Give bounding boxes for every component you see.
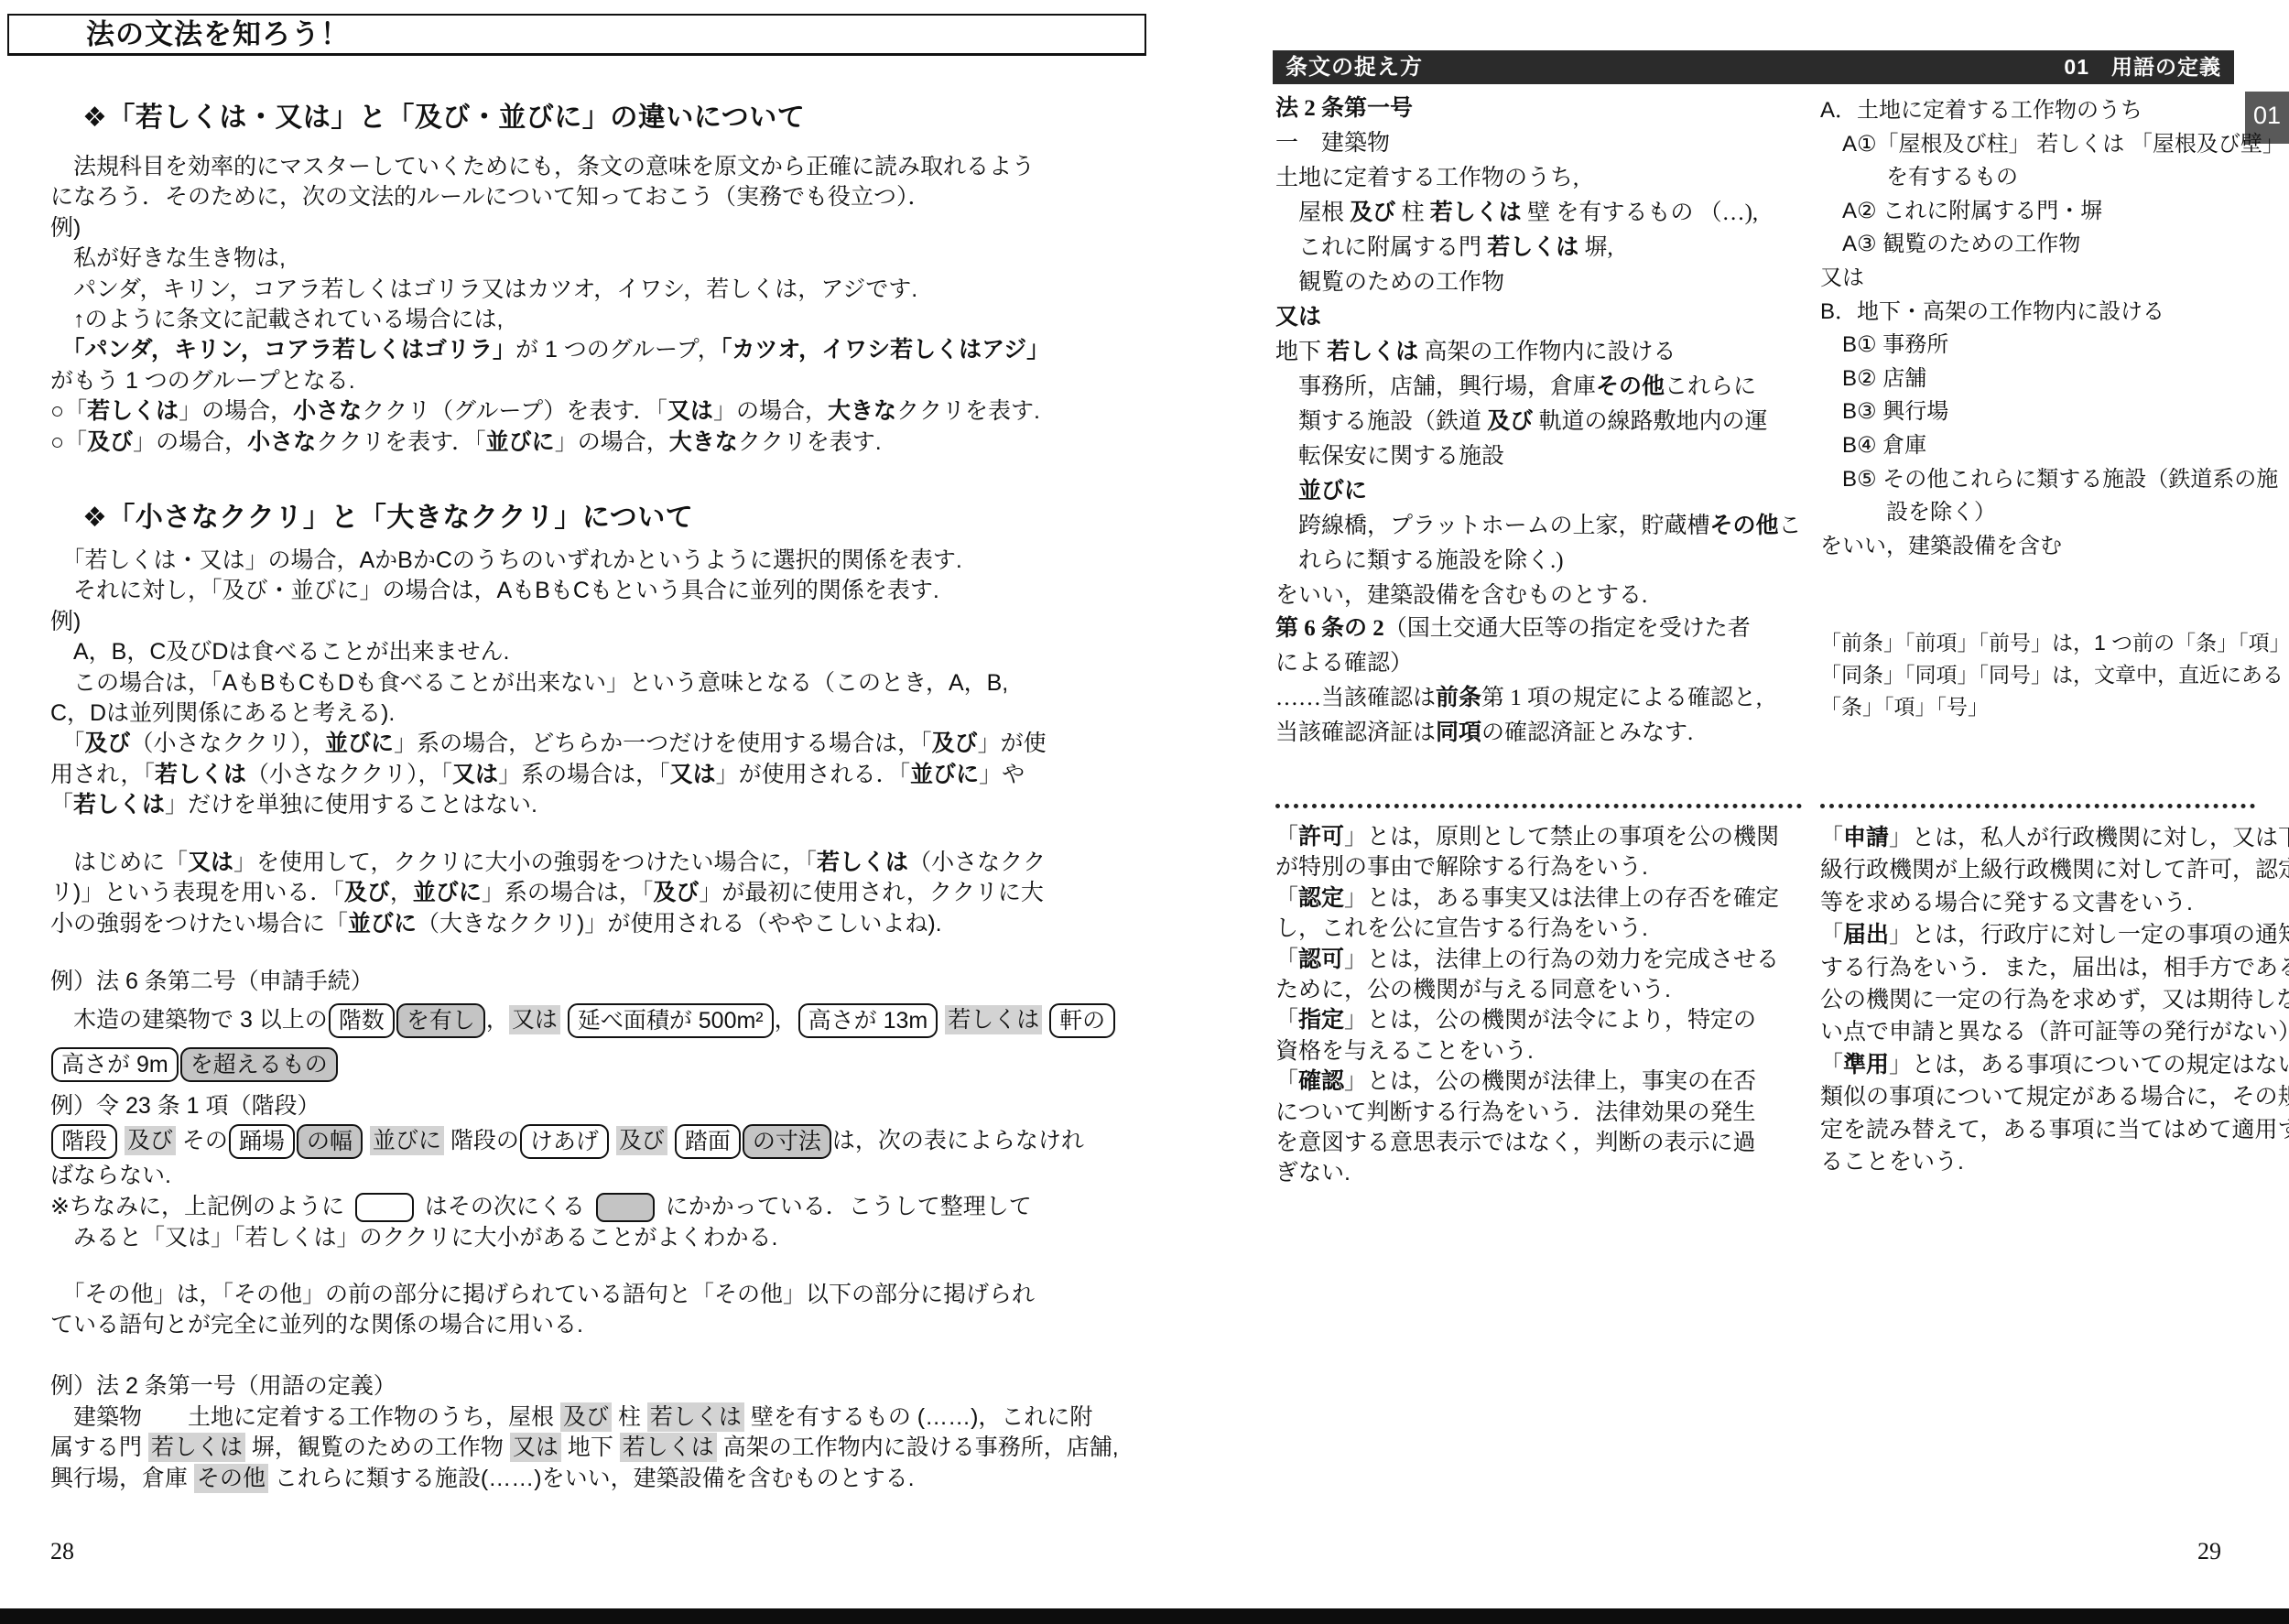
text-line: 「認可」とは，法律上の行為の効力を完成させる (1275, 945, 1811, 975)
text-line: 例）令 23 条 1 項（階段） (50, 1091, 1135, 1121)
text-line: ○「及び」の場合，小さなククリを表す．「並びに」の場合，大きなククリを表す. (50, 428, 1135, 458)
text-line: れらに類する施設を除く.) (1275, 544, 1811, 579)
law-article-2: 法 2 条第一号一 建築物土地に定着する工作物のうち, 屋根 及び 柱 若しくは… (1275, 92, 1811, 613)
text-line: 属する門 若しくは 塀，観覧のための工作物 又は 地下 若しくは 高架の工作物内… (50, 1433, 1135, 1463)
reference-terms: 「前条」「前項」「前号」は，1 つ前の「条」「項」「号」「同条」「同項」「同号」… (1820, 627, 2283, 723)
text-line: 観覧のための工作物 (1275, 265, 1811, 300)
text-line: B⑤ その他これらに類する施設（鉄道系の施 (1820, 463, 2283, 497)
page-bottom-bar (0, 1608, 2289, 1624)
section2-heading: ❖「小さなククリ」と「大きなククリ」について (82, 494, 1126, 535)
text-line: 「指定」とは，公の機関が法令により，特定の (1275, 1005, 1811, 1035)
text-line: 「確認」とは，公の機関が法律上，事実の在否 (1275, 1066, 1811, 1097)
text-line: 類似の事項について規定がある場合に，その規 (1820, 1081, 2283, 1113)
example3-heading: 例）法 2 条第一号（用語の定義） (50, 1371, 1135, 1402)
text-line: 例）法 6 条第二号（申請手続） (50, 967, 1135, 997)
page-number-right: 29 (2197, 1538, 2221, 1565)
text-line: 例) (50, 607, 1135, 637)
text-line: 例) (50, 213, 1135, 244)
text-line: 定を読み替えて，ある事項に当てはめて適用す (1820, 1114, 2283, 1146)
text-line: 法規科目を効率的にマスターしていくためにも，条文の意味を原文から正確に読み取れる… (50, 152, 1135, 182)
example1-heading: 例）法 6 条第二号（申請手続） (50, 967, 1135, 997)
section2-body-2: はじめに「又は」を使用して，ククリに大小の強弱をつけたい場合に，「若しくは（小さ… (50, 848, 1135, 939)
text-line: これに附属する門 若しくは 塀, (1275, 231, 1811, 265)
text-line: 地下 若しくは 高架の工作物内に設ける (1275, 335, 1811, 370)
text-line: がもう 1 つのグループとなる. (50, 366, 1135, 396)
text-line: 等を求める場合に発する文書をいう. (1820, 887, 2283, 919)
text-line: について判断する行為をいう．法律効果の発生 (1275, 1098, 1811, 1128)
text-line: 用され，「若しくは（小さなククリ），「又は」系の場合は，「又は」が使用される．「… (50, 760, 1135, 790)
header-left-label: 条文の捉え方 (1286, 50, 1423, 84)
text-line: この場合は，「AもBもCもDも食べることが出来ない」という意味となる（このとき，… (50, 668, 1135, 698)
text-line: が特別の事由で解除する行為をいう. (1275, 852, 1811, 882)
example2-notes: ばならない.※ちなみに，上記例のように はその次にくる にかかっている．こうして… (50, 1161, 1135, 1253)
text-line: 又は (1275, 300, 1811, 335)
text-line: ※ちなみに，上記例のように はその次にくる にかかっている．こうして整理して (50, 1192, 1135, 1223)
text-line: 「若しくは・又は」の場合，AかBかCのうちのいずれかというように選択的関係を表す… (50, 546, 1135, 576)
text-line: する行為をいう．また，届出は，相手方である (1820, 952, 2283, 984)
text-line: 木造の建築物で 3 以上の階数を有し，又は 延べ面積が 500m²，高さが 13… (50, 998, 1135, 1042)
text-line: による確認） (1275, 646, 1811, 681)
text-line: ることをいう. (1820, 1146, 2283, 1178)
text-line: A，B，C及びDは食べることが出来ません. (50, 637, 1135, 667)
text-line: 「届出」とは，行政庁に対し一定の事項の通知を (1820, 919, 2283, 951)
text-line: 資格を与えることをいう. (1275, 1036, 1811, 1066)
text-line: 事務所，店舗，興行場，倉庫その他これらに (1275, 370, 1811, 405)
text-line: ○「若しくは」の場合，小さなククリ（グループ）を表す．「又は」の場合，大きなクク… (50, 396, 1135, 427)
text-line: 「同条」「同項」「同号」は，文章中，直近にある (1820, 659, 2283, 691)
text-line: 「その他」は，「その他」の前の部分に掲げられている語句と「その他」以下の部分に掲… (50, 1280, 1135, 1310)
text-line: 階段 及び その踊場の幅 並びに 階段のけあげ 及び 踏面の寸法は，次の表によら… (50, 1119, 1135, 1163)
text-line: 「認定」とは，ある事実又は法律上の存否を確定 (1275, 883, 1811, 914)
dotted-separator-left (1275, 804, 1802, 808)
text-line: 「許可」とは，原則として禁止の事項を公の機関 (1275, 822, 1811, 852)
text-line: 例）法 2 条第一号（用語の定義） (50, 1371, 1135, 1402)
text-line: ぎない. (1275, 1158, 1811, 1188)
text-line: 高さが 9mを超えるもの (50, 1042, 1135, 1086)
text-line: はじめに「又は」を使用して，ククリに大小の強弱をつけたい場合に，「若しくは（小さ… (50, 848, 1135, 878)
section2-body: 「若しくは・又は」の場合，AかBかCのうちのいずれかというように選択的関係を表す… (50, 546, 1135, 821)
text-line: 設を除く） (1820, 496, 2283, 530)
text-line: 並びに (1275, 474, 1811, 509)
example3-body: 建築物 土地に定着する工作物のうち，屋根 及び 柱 若しくは 壁を有するもの (… (50, 1402, 1135, 1494)
text-line: ……当該確認は前条第 1 項の規定による確認と, (1275, 681, 1811, 716)
text-line: 屋根 及び 柱 若しくは 壁 を有するもの （…), (1275, 196, 1811, 231)
text-line: A①「屋根及び柱」 若しくは 「屋根及び壁」 (1820, 128, 2283, 162)
text-line: 一 建築物 (1275, 126, 1811, 161)
text-line: B④ 倉庫 (1820, 429, 2283, 463)
example2-diagram: 階段 及び その踊場の幅 並びに 階段のけあげ 及び 踏面の寸法は，次の表によら… (50, 1119, 1135, 1163)
text-line: C，Dは並列関係にあると考える). (50, 698, 1135, 729)
text-line: 建築物 土地に定着する工作物のうち，屋根 及び 柱 若しくは 壁を有するもの (… (50, 1402, 1135, 1433)
text-line: 「パンダ，キリン，コアラ若しくはゴリラ」が 1 つのグループ，「カツオ，イワシ若… (50, 335, 1135, 365)
text-line: B② 店舗 (1820, 363, 2283, 396)
page-title: 法の文法を知ろう！ (9, 16, 1144, 53)
text-line: 興行場，倉庫 その他 これらに類する施設(……)をいい，建築設備を含むものとする… (50, 1464, 1135, 1494)
text-line: 土地に定着する工作物のうち, (1275, 161, 1811, 196)
text-line: 「及び（小さなククリ），並びに」系の場合，どちらか一つだけを使用する場合は，「及… (50, 729, 1135, 759)
text-line: ために，公の機関が与える同意をいう. (1275, 975, 1811, 1005)
text-line: パンダ，キリン，コアラ若しくはゴリラ又はカツオ，イワシ，若しくは，アジです. (50, 275, 1135, 305)
definitions-left: 「許可」とは，原則として禁止の事項を公の機関が特別の事由で解除する行為をいう.「… (1275, 822, 1811, 1189)
text-line: を有するもの (1820, 161, 2283, 195)
page-number-left: 28 (50, 1538, 74, 1565)
text-line: 跨線橋，プラットホームの上家，貯蔵槽その他こ (1275, 509, 1811, 544)
example2-heading: 例）令 23 条 1 項（階段） (50, 1091, 1135, 1121)
text-line: ている語句とが完全に並列的な関係の場合に用いる. (50, 1310, 1135, 1340)
chapter-title-box: 法の文法を知ろう！ (7, 14, 1146, 56)
text-line: みると「又は」「若しくは」のククリに大小があることがよくわかる. (50, 1223, 1135, 1254)
text-line: 又は (1820, 262, 2283, 296)
text-line: ばならない. (50, 1161, 1135, 1192)
text-line: A③ 観覧のための工作物 (1820, 228, 2283, 262)
law-article-6-2: 第 6 条の 2（国土交通大臣等の指定を受けた者による確認）……当該確認は前条第… (1275, 612, 1811, 751)
definitions-right: 「申請」とは，私人が行政機関に対し，又は下級行政機関が上級行政機関に対して許可，… (1820, 822, 2283, 1178)
text-line: 「若しくは」だけを単独に使用することはない. (50, 790, 1135, 820)
text-line: 級行政機関が上級行政機関に対して許可，認定 (1820, 854, 2283, 886)
section1-heading: ❖「若しくは・又は」と「及び・並びに」の違いについて (82, 94, 1126, 135)
text-line: 「申請」とは，私人が行政機関に対し，又は下 (1820, 822, 2283, 854)
text-line: 「準用」とは，ある事項についての規定はないが, (1820, 1049, 2283, 1081)
text-line: B③ 興行場 (1820, 395, 2283, 429)
text-line: A．土地に定着する工作物のうち (1820, 94, 2283, 128)
text-line: B．地下・高架の工作物内に設ける (1820, 296, 2283, 330)
structure-breakdown: A．土地に定着する工作物のうち A①「屋根及び柱」 若しくは 「屋根及び壁」 を… (1820, 94, 2283, 563)
dotted-separator-right (1820, 804, 2255, 808)
text-line: リ)」という表現を用いる．「及び，並びに」系の場合は，「及び」が最初に使用され，… (50, 878, 1135, 908)
text-line: し，これを公に宣告する行為をいう. (1275, 914, 1811, 944)
text-line: 当該確認済証は同項の確認済証とみなす. (1275, 716, 1811, 751)
text-line: 私が好きな生き物は, (50, 244, 1135, 274)
text-line: 法 2 条第一号 (1275, 92, 1811, 126)
text-line: い点で申請と異なる（許可証等の発行がない）. (1820, 1016, 2283, 1048)
text-line: をいい，建築設備を含むものとする. (1275, 579, 1811, 613)
text-line: 転保安に関する施設 (1275, 439, 1811, 474)
text-line: になろう．そのために，次の文法的ルールについて知っておこう（実務でも役立つ）． (50, 182, 1135, 212)
sonota-paragraph: 「その他」は，「その他」の前の部分に掲げられている語句と「その他」以下の部分に掲… (50, 1280, 1135, 1341)
text-line: A② これに附属する門・塀 (1820, 195, 2283, 229)
text-line: を意図する意思表示ではなく，判断の表示に過 (1275, 1128, 1811, 1158)
text-line: 「条」「項」「号」 (1820, 691, 2283, 723)
text-line: ↑のように条文に記載されている場合には, (50, 305, 1135, 335)
section1-body: 法規科目を効率的にマスターしていくためにも，条文の意味を原文から正確に読み取れる… (50, 152, 1135, 458)
text-line: それに対し，「及び・並びに」の場合は，AもBもCもという具合に並列的関係を表す. (50, 576, 1135, 606)
text-line: 第 6 条の 2（国土交通大臣等の指定を受けた者 (1275, 612, 1811, 646)
text-line: 公の機関に一定の行為を求めず，又は期待しな (1820, 984, 2283, 1016)
section-header-bar: 条文の捉え方 01 用語の定義 (1273, 50, 2234, 84)
text-line: 類する施設（鉄道 及び 軌道の線路敷地内の運 (1275, 405, 1811, 439)
text-line: 「前条」「前項」「前号」は，1 つ前の「条」「項」「号」 (1820, 627, 2283, 659)
text-line: をいい，建築設備を含む (1820, 530, 2283, 564)
example1-diagram: 木造の建築物で 3 以上の階数を有し，又は 延べ面積が 500m²，高さが 13… (50, 998, 1135, 1086)
header-right-label: 01 用語の定義 (2064, 50, 2221, 84)
text-line: 小の強弱をつけたい場合に「並びに（大きなククリ)」が使用される（ややこしいよね)… (50, 909, 1135, 939)
text-line: B① 事務所 (1820, 329, 2283, 363)
